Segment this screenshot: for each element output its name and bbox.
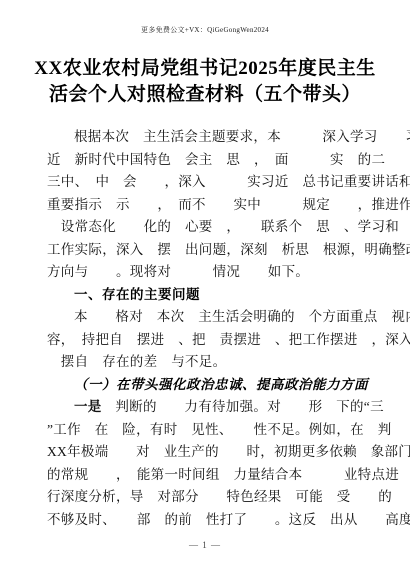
body-text-line: 行深度分析，导 对部分 特色经果 可能 受 的 <box>47 486 365 509</box>
document-title-line-2: 活会个人对照检查材料（五个带头） <box>24 82 386 108</box>
document-body: 根据本次 主生活会主题要求，本 深入学习 习近 新时代中国特色 会主 思 ， 面… <box>47 126 365 531</box>
body-text-line: 根据本次 主生活会主题要求，本 深入学习 习 <box>47 126 365 149</box>
subsection-heading: （一）在带头强化政治忠诚、提高政治能力方面 <box>47 374 365 397</box>
body-text-line: 三中、 中 会 ，深入 实习近 总书记重要讲话和 <box>47 171 365 194</box>
body-text-line: 摆自 存在的差 与不足。 <box>47 351 365 374</box>
document-title-line-1: XX农业农村局党组书记2025年度民主生 <box>24 56 386 82</box>
header-watermark-text: 更多免费公文+VX：QiGeGongWen2024 <box>0 25 410 35</box>
body-text-line: 容， 持把自 摆进 、把 责摆进 、把工作摆进 ，深入 <box>47 329 365 352</box>
body-text-line: 不够及时、 部 的前 性打了 。这反 出从 高度 <box>47 509 365 532</box>
body-text-line: XX年极端 对 业生产的 时，初期更多依赖 象部门 <box>47 441 365 464</box>
body-text-line: 一是 判断的 力有待加强。对 形 下的“三 <box>47 396 365 419</box>
section-heading: 一、存在的主要问题 <box>47 284 365 307</box>
body-text-line: 方向与 。现将对 情况 如下。 <box>47 261 365 284</box>
page-number: — 1 — <box>0 540 410 550</box>
body-text-line: 工作实际，深入 摆 出问题，深刻 析思 根源，明确整改 <box>47 239 365 262</box>
body-text-line: 本 格对 本次 主生活会明确的 个方面重点 视内 <box>47 306 365 329</box>
body-text-line: 设常态化 化的 心要 ， 联系个 思 、学习和 <box>47 216 365 239</box>
body-text-line: ”工作 在 险，有时 见性、 性不足。例如，在 判 <box>47 419 365 442</box>
document-title: XX农业农村局党组书记2025年度民主生 活会个人对照检查材料（五个带头） <box>24 56 386 108</box>
body-text-line: 重要指示 示 ， 而不 实中 规定 ，推进作 <box>47 194 365 217</box>
body-text-line: 的常规 ， 能第一时间组 力量结合本 业特点进 <box>47 464 365 487</box>
document-page: 更多免费公文+VX：QiGeGongWen2024 XX农业农村局党组书记202… <box>0 0 410 580</box>
body-text-line: 近 新时代中国特色 会主 思 ， 面 实 的二 <box>47 149 365 172</box>
paragraph-lead-bold: 一是 <box>74 399 102 414</box>
